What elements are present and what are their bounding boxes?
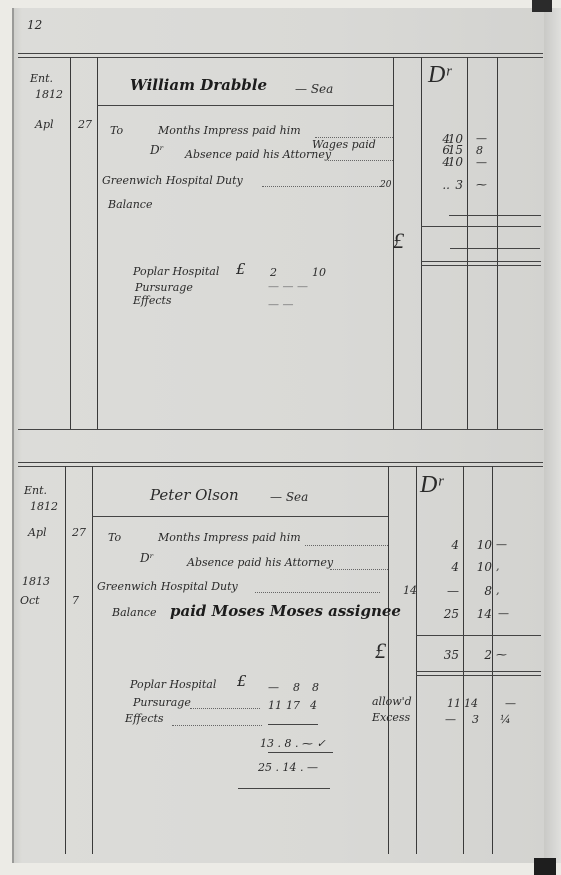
amount-pence: , bbox=[496, 560, 500, 573]
sum-rule bbox=[268, 724, 318, 725]
adjustment-pounds: 11 bbox=[447, 697, 461, 710]
entry-month: Oct bbox=[20, 594, 40, 607]
column-rule bbox=[92, 466, 93, 854]
total-double-rule bbox=[421, 261, 541, 266]
total-pence: ⁓ bbox=[496, 648, 507, 661]
total-pound-symbol: £ bbox=[375, 638, 386, 664]
column-rule bbox=[70, 57, 71, 429]
leader-dots bbox=[328, 160, 393, 161]
entry-day: 7 bbox=[72, 594, 79, 607]
adjustment-shillings: 14 bbox=[464, 697, 478, 710]
deduction-pence: 8 bbox=[312, 681, 319, 694]
sum-rule bbox=[268, 752, 333, 753]
entry-label: Ent. bbox=[24, 484, 47, 497]
amount-pence: — bbox=[498, 607, 509, 620]
column-rule bbox=[492, 466, 493, 854]
total-pounds: 35 bbox=[437, 648, 459, 662]
sum-rule bbox=[421, 226, 541, 227]
leader-dots bbox=[330, 569, 388, 570]
adjustment-pence: ¼ bbox=[500, 713, 511, 726]
sum-rule bbox=[416, 635, 541, 636]
account-2-top-rule bbox=[18, 462, 543, 467]
line-text: Greenwich Hospital Duty bbox=[102, 174, 243, 187]
entry-year: 1812 bbox=[30, 500, 58, 513]
entry-day: 27 bbox=[72, 526, 86, 539]
amount-pounds: — bbox=[437, 584, 459, 598]
column-rule bbox=[416, 466, 417, 854]
line-text: Balance bbox=[112, 606, 156, 619]
entry-year: 1813 bbox=[22, 575, 50, 588]
line-prefix: To bbox=[108, 531, 121, 544]
line-prefix: Dʳ bbox=[150, 143, 164, 157]
total-pound-symbol: £ bbox=[393, 228, 404, 254]
line-text: Absence paid his Attorney bbox=[187, 556, 333, 569]
sum-rule bbox=[449, 215, 541, 216]
deduction-pence: 10 bbox=[312, 266, 326, 279]
total-double-rule bbox=[416, 671, 541, 676]
amount-pounds: 25 bbox=[437, 607, 459, 621]
name-rule bbox=[97, 105, 393, 106]
amount-shillings: 10 bbox=[470, 538, 492, 552]
line-text: Balance bbox=[108, 198, 152, 211]
margin-note: Wages paid bbox=[312, 138, 376, 151]
leader-dots bbox=[190, 708, 260, 709]
amount-shillings: 14 bbox=[470, 607, 492, 621]
column-rule bbox=[421, 57, 422, 429]
deduction-label: Poplar Hospital bbox=[133, 265, 219, 278]
deduction-label: Pursurage bbox=[133, 696, 191, 709]
sum-rule bbox=[450, 248, 540, 249]
seaman-rank: Sea bbox=[286, 490, 308, 504]
debtor-header: Dʳ bbox=[428, 62, 451, 89]
deduction-pounds: — bbox=[268, 681, 279, 694]
amount-pence: ⁓ bbox=[476, 178, 487, 191]
amount-shillings: 3 bbox=[441, 178, 463, 192]
line-text: Greenwich Hospital Duty bbox=[97, 580, 238, 593]
amount-pence: , bbox=[496, 584, 500, 597]
pound-symbol: £ bbox=[237, 672, 247, 690]
duty-rate: 20 bbox=[380, 180, 391, 190]
pound-symbol: £ bbox=[236, 260, 246, 278]
deduction-pence: 4 bbox=[310, 699, 317, 712]
adjustment-pounds: — bbox=[445, 713, 456, 726]
adjustment-label: allow'd bbox=[372, 695, 412, 708]
line-prefix: To bbox=[110, 124, 123, 137]
amount-pounds: 4 bbox=[437, 538, 459, 552]
page-number: 12 bbox=[27, 18, 42, 32]
entry-month: Apl bbox=[35, 118, 54, 131]
deduction-label: Effects bbox=[125, 712, 164, 725]
line-text: Months Impress paid him bbox=[158, 124, 301, 137]
line-text: Months Impress paid him bbox=[158, 531, 301, 544]
entry-year: 1812 bbox=[35, 88, 63, 101]
seaman-name: William Drabble bbox=[130, 76, 267, 94]
amount-pence: — bbox=[496, 538, 507, 551]
amount-pounds: 4 bbox=[437, 560, 459, 574]
entry-month: Apl bbox=[28, 526, 47, 539]
deduction-pounds: 11 bbox=[268, 699, 282, 712]
adjustment-pence: — bbox=[505, 697, 516, 710]
sum-rule bbox=[238, 788, 330, 789]
account-divider bbox=[18, 429, 543, 430]
amount-pence: — bbox=[476, 156, 487, 169]
deduction-label: Pursurage bbox=[135, 281, 193, 294]
deduction-subtotal: 13 . 8 . ⁓ ✓ bbox=[260, 737, 326, 750]
column-rule bbox=[497, 57, 498, 429]
column-rule bbox=[467, 57, 468, 429]
leader-dots bbox=[172, 725, 262, 726]
deduction-label: Effects bbox=[133, 294, 172, 307]
leader-dots bbox=[262, 186, 380, 187]
seaman-rank: Sea bbox=[311, 82, 333, 96]
binding-shadow-top bbox=[532, 0, 552, 12]
deduction-shillings: 8 bbox=[293, 681, 300, 694]
page-edge bbox=[544, 8, 561, 863]
column-rule bbox=[463, 466, 464, 854]
balance-check: 25 . 14 . — bbox=[258, 761, 318, 774]
adjustment-label: Excess bbox=[372, 711, 410, 724]
deduction-shillings: 2 bbox=[270, 266, 277, 279]
deduction-label: Poplar Hospital bbox=[130, 678, 216, 691]
seaman-name: Peter Olson bbox=[150, 486, 239, 504]
leader-dots bbox=[305, 545, 388, 546]
assignee-note: paid Moses Moses assignee bbox=[170, 602, 401, 620]
leader-dots bbox=[255, 592, 380, 593]
amount-shillings: 10 bbox=[441, 155, 463, 169]
entry-label: Ent. bbox=[30, 72, 53, 85]
debtor-header: Dʳ bbox=[420, 472, 443, 499]
column-rule bbox=[65, 466, 66, 854]
total-shillings: 2 bbox=[470, 648, 492, 662]
line-prefix: Dʳ bbox=[140, 551, 154, 565]
line-text: Absence paid his Attorney bbox=[185, 148, 331, 161]
column-rule bbox=[388, 466, 389, 854]
column-rule bbox=[97, 57, 98, 429]
deduction-shillings: 17 bbox=[286, 699, 300, 712]
adjustment-shillings: 3 bbox=[472, 713, 479, 726]
entry-day: 27 bbox=[78, 118, 92, 131]
binding-shadow-bottom bbox=[534, 858, 556, 875]
amount-shillings: 10 bbox=[470, 560, 492, 574]
duty-rate: 14 bbox=[403, 584, 417, 597]
amount-shillings: 8 bbox=[470, 584, 492, 598]
name-rule bbox=[92, 516, 388, 517]
